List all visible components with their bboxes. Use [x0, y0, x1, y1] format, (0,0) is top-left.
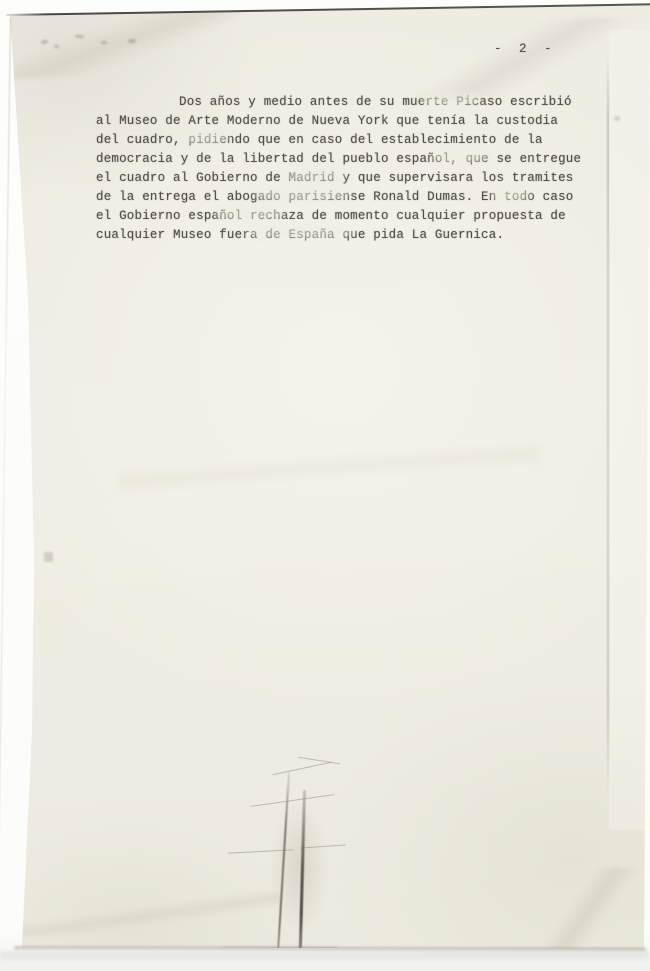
- pencil-smudge: [101, 41, 107, 44]
- scan-flare: [0, 470, 42, 680]
- paper-crease: [20, 892, 280, 936]
- pencil-smudge: [6, 614, 10, 618]
- paper-crease: [520, 868, 650, 958]
- pencil-smudge: [128, 39, 136, 44]
- crease-hairline: [298, 757, 340, 765]
- crease-shadow: [262, 775, 337, 960]
- page-number: - 2 -: [494, 42, 555, 56]
- crease-hairline: [228, 849, 293, 853]
- paper-crease: [400, 18, 650, 98]
- text-line: el Gobierno español rechaza de momento c…: [96, 207, 582, 226]
- paper-left-edge: [0, 18, 11, 948]
- text-line: al Museo de Arte Moderno de Nueva York q…: [96, 112, 582, 131]
- crease-hairline: [273, 762, 332, 775]
- text-line: el cuadro al Gobierno de Madrid y que su…: [96, 169, 582, 188]
- paper-crease: [120, 420, 540, 510]
- paper-fold-highlight: [609, 30, 650, 830]
- text-line: de la entrega el abogado parisiense Rona…: [96, 188, 582, 207]
- paper-crease: [0, 8, 240, 78]
- pencil-smudge: [44, 552, 53, 562]
- crease-hairline: [300, 844, 346, 848]
- pencil-smudge: [75, 35, 84, 39]
- crease-hairline: [250, 794, 334, 807]
- pencil-smudge: [614, 116, 620, 121]
- pencil-smudge: [54, 45, 59, 48]
- paper-sheet: - 2 - Dos años y medio antes de su muert…: [0, 0, 650, 971]
- paper-bottom-shadow: [0, 952, 650, 963]
- text-line: democracia y de la libertad del pueblo e…: [96, 150, 582, 169]
- scanned-document: - 2 - Dos años y medio antes de su muert…: [0, 0, 650, 971]
- crease-line: [298, 790, 306, 962]
- text-line: del cuadro, pidiendo que en caso del est…: [96, 131, 582, 150]
- paper-fold-line: [607, 55, 609, 795]
- crease-line: [277, 772, 290, 960]
- pencil-smudge: [41, 39, 49, 44]
- crease-smudge: [222, 948, 338, 954]
- text-line: Dos años y medio antes de su muerte Pica…: [96, 93, 582, 112]
- typewritten-paragraph: Dos años y medio antes de su muerte Pica…: [96, 93, 582, 245]
- crease-smudge: [240, 949, 308, 953]
- text-line: cualquier Museo fuera de España que pida…: [96, 226, 582, 245]
